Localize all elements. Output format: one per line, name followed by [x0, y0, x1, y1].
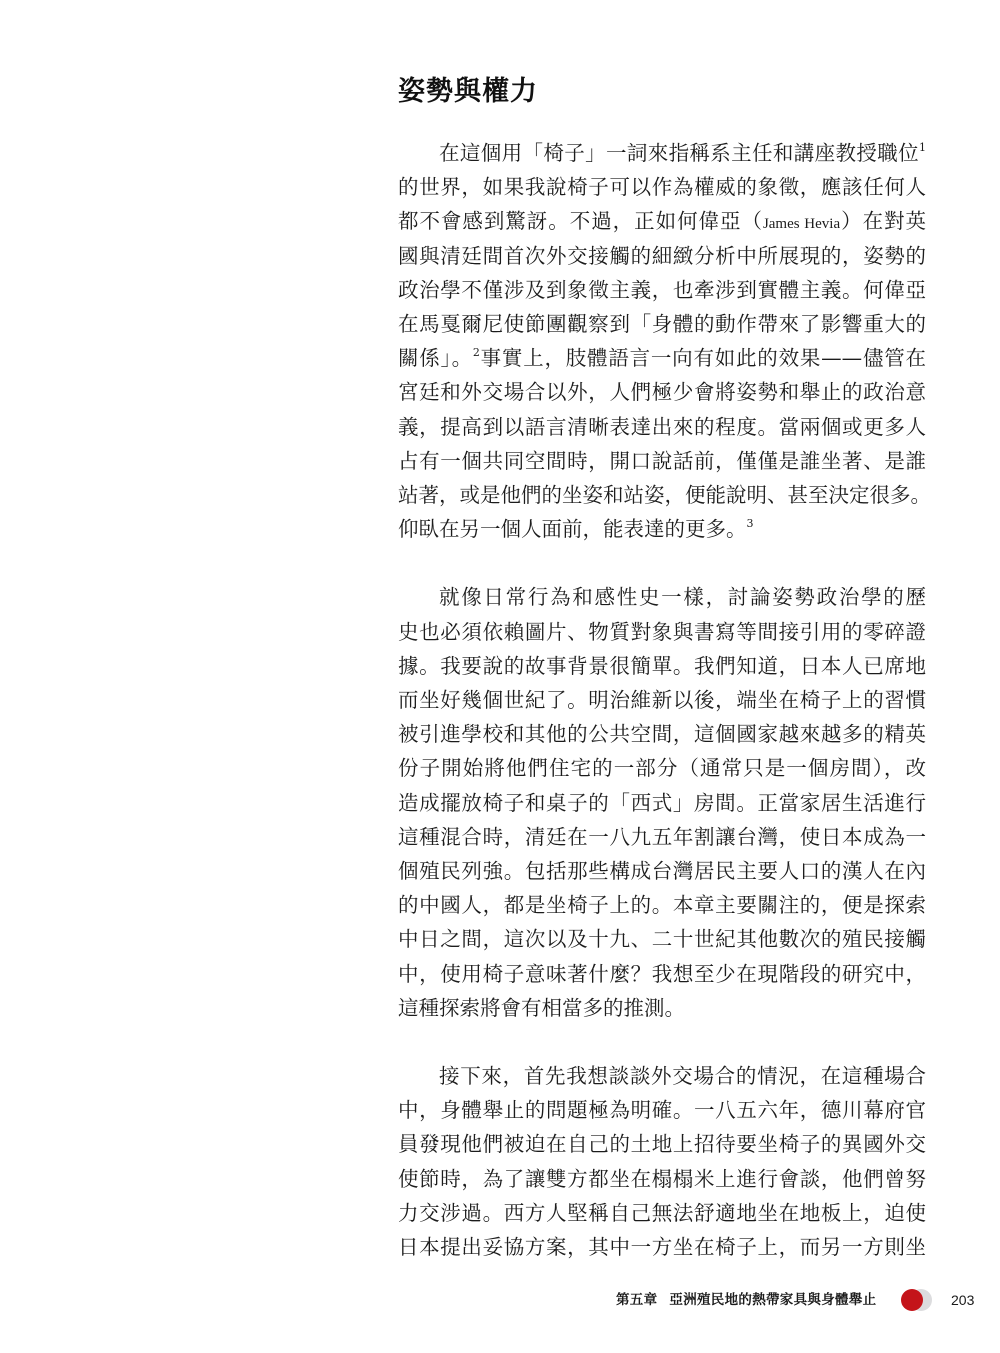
text-line: 的世界，如果我說椅子可以作為權威的象徵，應該任何人: [398, 170, 926, 204]
text-line: 接下來，首先我想談談外交場合的情況，在這種場合: [398, 1059, 926, 1093]
footnote-ref-1[interactable]: 1: [919, 141, 926, 154]
text-line: 就像日常行為和感性史一樣，討論姿勢政治學的歷: [398, 580, 926, 614]
text-line: 在這個用「椅子」一詞來指稱系主任和講座教授職位1: [398, 136, 926, 170]
text-line: 政治學不僅涉及到象徵主義，也牽涉到實體主義。何偉亞: [398, 273, 926, 307]
book-page: 姿勢與權力 在這個用「椅子」一詞來指稱系主任和講座教授職位1 的世界，如果我說椅…: [0, 0, 1000, 1353]
text-line: 而坐好幾個世紀了。明治維新以後，端坐在椅子上的習慣: [398, 683, 926, 717]
paragraph-1: 在這個用「椅子」一詞來指稱系主任和講座教授職位1 的世界，如果我說椅子可以作為權…: [398, 136, 926, 546]
text-line: 國與清廷間首次外交接觸的細緻分析中所展現的，姿勢的: [398, 239, 926, 273]
text-line: 都不會感到驚訝。不過，正如何偉亞（James Hevia）在對英: [398, 204, 926, 238]
text-line: 站著，或是他們的坐姿和站姿，便能說明、甚至決定很多。: [398, 478, 926, 512]
text-line: 這種探索將會有相當多的推測。: [398, 991, 926, 1025]
page-number: 203: [951, 1290, 974, 1310]
running-footer: 第五章亞洲殖民地的熱帶家具與身體舉止: [616, 1290, 876, 1310]
text-line: 關係」。2事實上，肢體語言一向有如此的效果——儘管在: [398, 341, 926, 375]
text-line: 份子開始將他們住宅的一部分（通常只是一個房間），改: [398, 751, 926, 785]
text-line: 義，提高到以語言清晰表達出來的程度。當兩個或更多人: [398, 410, 926, 444]
red-circle-icon: [901, 1289, 923, 1311]
text-line: 使節時，為了讓雙方都坐在榻榻米上進行會談，他們曾努: [398, 1162, 926, 1196]
text-line: 個殖民列強。包括那些構成台灣居民主要人口的漢人在內: [398, 854, 926, 888]
text-line: 宮廷和外交場合以外，人們極少會將姿勢和舉止的政治意: [398, 375, 926, 409]
text-line: 中，使用椅子意味著什麼？我想至少在現階段的研究中，: [398, 957, 926, 991]
text-line: 的中國人，都是坐椅子上的。本章主要關注的，便是探索: [398, 888, 926, 922]
paragraph-2: 就像日常行為和感性史一樣，討論姿勢政治學的歷 史也必須依賴圖片、物質對象與書寫等…: [398, 580, 926, 1024]
text-line: 中，身體舉止的問題極為明確。一八五六年，德川幕府官: [398, 1093, 926, 1127]
text-line: 這種混合時，清廷在一八九五年割讓台灣，使日本成為一: [398, 820, 926, 854]
section-title: 姿勢與權力: [398, 72, 538, 112]
text-line: 被引進學校和其他的公共空間，這個國家越來越多的精英: [398, 717, 926, 751]
chapter-marker-icon: [901, 1289, 933, 1311]
paragraph-3: 接下來，首先我想談談外交場合的情況，在這種場合 中，身體舉止的問題極為明確。一八…: [398, 1059, 926, 1264]
text-line: 史也必須依賴圖片、物質對象與書寫等間接引用的零碎證: [398, 615, 926, 649]
text-line: 日本提出妥協方案，其中一方坐在椅子上，而另一方則坐: [398, 1230, 926, 1264]
page-footer: 第五章亞洲殖民地的熱帶家具與身體舉止 203: [0, 1288, 1000, 1314]
text-line: 據。我要說的故事背景很簡單。我們知道，日本人已席地: [398, 649, 926, 683]
footnote-ref-2[interactable]: 2: [473, 346, 480, 359]
chapter-title: 亞洲殖民地的熱帶家具與身體舉止: [669, 1292, 876, 1308]
footnote-ref-3[interactable]: 3: [747, 517, 754, 530]
text-line: 在馬戛爾尼使節團觀察到「身體的動作帶來了影響重大的: [398, 307, 926, 341]
text-line: 力交涉過。西方人堅稱自己無法舒適地坐在地板上，迫使: [398, 1196, 926, 1230]
text-line: 占有一個共同空間時，開口說話前，僅僅是誰坐著、是誰: [398, 444, 926, 478]
text-line: 員發現他們被迫在自己的土地上招待要坐椅子的異國外交: [398, 1127, 926, 1161]
text-line: 仰臥在另一個人面前，能表達的更多。3: [398, 512, 926, 546]
chapter-number: 第五章: [616, 1292, 657, 1308]
text-line: 中日之間，這次以及十九、二十世紀其他數次的殖民接觸: [398, 922, 926, 956]
latin-name: James Hevia: [763, 216, 840, 232]
text-line: 造成擺放椅子和桌子的「西式」房間。正當家居生活進行: [398, 786, 926, 820]
body-text: 在這個用「椅子」一詞來指稱系主任和講座教授職位1 的世界，如果我說椅子可以作為權…: [398, 136, 926, 1298]
